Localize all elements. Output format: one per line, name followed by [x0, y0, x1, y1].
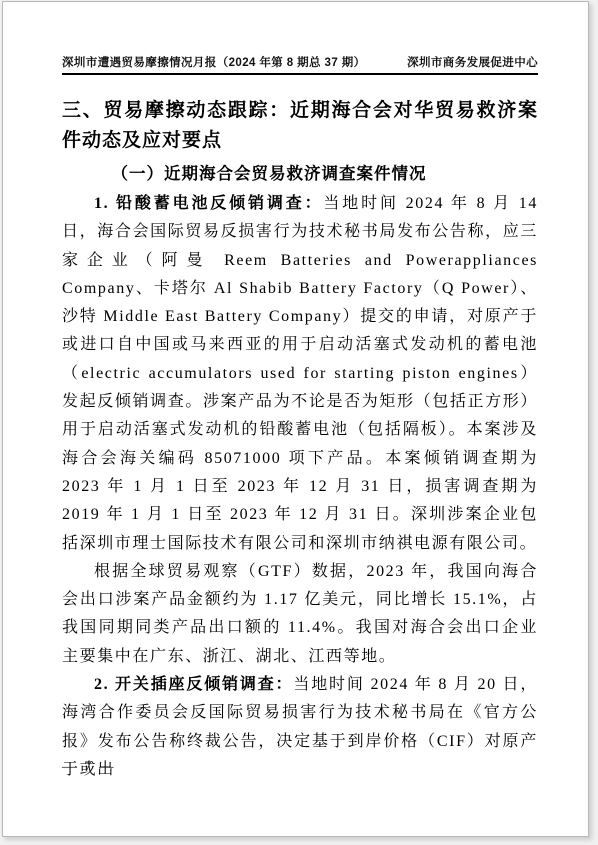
paragraph-text: 当地时间 2024 年 8 月 14 日，海合会国际贸易反损害行为技术秘书局发布…: [62, 195, 538, 552]
page-header: 深圳市遭遇贸易摩擦情况月报（2024 年第 8 期总 37 期） 深圳市商务发展…: [62, 54, 538, 75]
sub-heading: （一）近期海合会贸易救济调查案件情况: [62, 161, 538, 187]
paragraph-lead: 1. 铅酸蓄电池反倾销调查：: [94, 195, 323, 212]
paragraph-switch-socket-case: 2. 开关插座反倾销调查：当地时间 2024 年 8 月 20 日，海湾合作委员…: [62, 671, 538, 784]
section-heading: 三、贸易摩擦动态跟踪：近期海合会对华贸易救济案件动态及应对要点: [62, 96, 538, 156]
paragraph-lead: 2. 开关插座反倾销调查：: [94, 676, 293, 693]
paragraph-trade-stats: 根据全球贸易观察（GTF）数据，2023 年，我国向海合会出口涉案产品金额约为 …: [62, 558, 538, 671]
page-content: 深圳市遭遇贸易摩擦情况月报（2024 年第 8 期总 37 期） 深圳市商务发展…: [62, 54, 538, 784]
report-page: 深圳市遭遇贸易摩擦情况月报（2024 年第 8 期总 37 期） 深圳市商务发展…: [2, 1, 589, 837]
body-text: 1. 铅酸蓄电池反倾销调查：当地时间 2024 年 8 月 14 日，海合会国际…: [62, 190, 538, 784]
paragraph-text: 根据全球贸易观察（GTF）数据，2023 年，我国向海合会出口涉案产品金额约为 …: [62, 563, 538, 665]
paragraph-lead-acid-case: 1. 铅酸蓄电池反倾销调查：当地时间 2024 年 8 月 14 日，海合会国际…: [62, 190, 538, 558]
page-number: — 7 —: [62, 759, 116, 776]
header-org-name: 深圳市商务发展促进中心: [407, 54, 538, 70]
header-report-title: 深圳市遭遇贸易摩擦情况月报（2024 年第 8 期总 37 期）: [62, 54, 366, 70]
document-viewport: 深圳市遭遇贸易摩擦情况月报（2024 年第 8 期总 37 期） 深圳市商务发展…: [0, 0, 598, 845]
